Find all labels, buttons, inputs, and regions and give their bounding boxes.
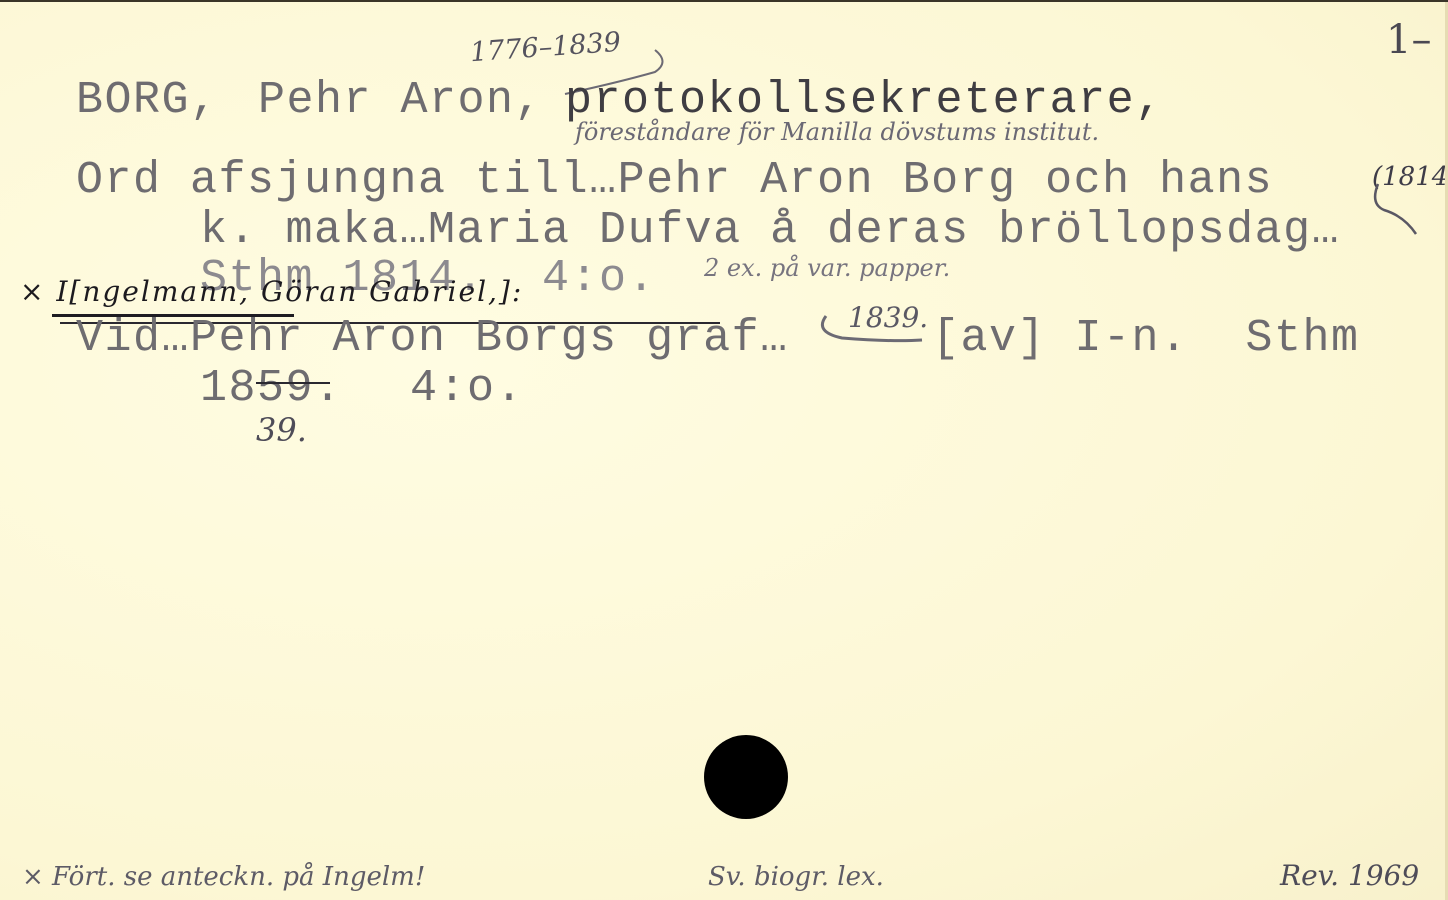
entry2-line1-cont: [av] I-n. Sthm	[932, 316, 1360, 361]
heading-given-names: Pehr Aron,	[258, 78, 543, 123]
heading-title: protokollsekreterare,	[565, 78, 1164, 123]
entry2-year-bracket	[812, 312, 932, 352]
entry1-line2: k. maka…Maria Dufva å deras bröllopsdag…	[200, 208, 1340, 253]
occupation-annotation: föreståndare för Manilla dövstums instit…	[575, 120, 1099, 144]
entry2-year-struck: 1859.	[200, 366, 343, 411]
corner-mark: 1–	[1386, 20, 1431, 60]
entry1-copies-annotation: 2 ex. på var. papper.	[704, 256, 950, 280]
heading-surname: BORG,	[76, 78, 219, 123]
catalog-card: 1– 1776–1839 BORG, Pehr Aron, protokolls…	[0, 0, 1448, 900]
entry2-author-annotation: × I[ngelmann, Göran Gabriel,]:	[20, 278, 523, 306]
punch-hole	[704, 735, 788, 819]
entry1-line1: Ord afsjungna till…Pehr Aron Borg och ha…	[76, 158, 1273, 203]
entry1-year-bracket	[1370, 182, 1430, 242]
entry2-line1: Vid…Pehr Aron Borgs graf…	[76, 316, 789, 361]
year-strikethrough	[256, 382, 330, 384]
year-correction: 39.	[256, 414, 307, 446]
entry2-format: 4:o.	[410, 366, 524, 411]
footer-note-middle: Sv. biogr. lex.	[708, 864, 884, 890]
footer-note-right: Rev. 1969	[1280, 862, 1419, 890]
footer-note-left: × Fört. se anteckn. på Ingelm!	[22, 864, 425, 890]
